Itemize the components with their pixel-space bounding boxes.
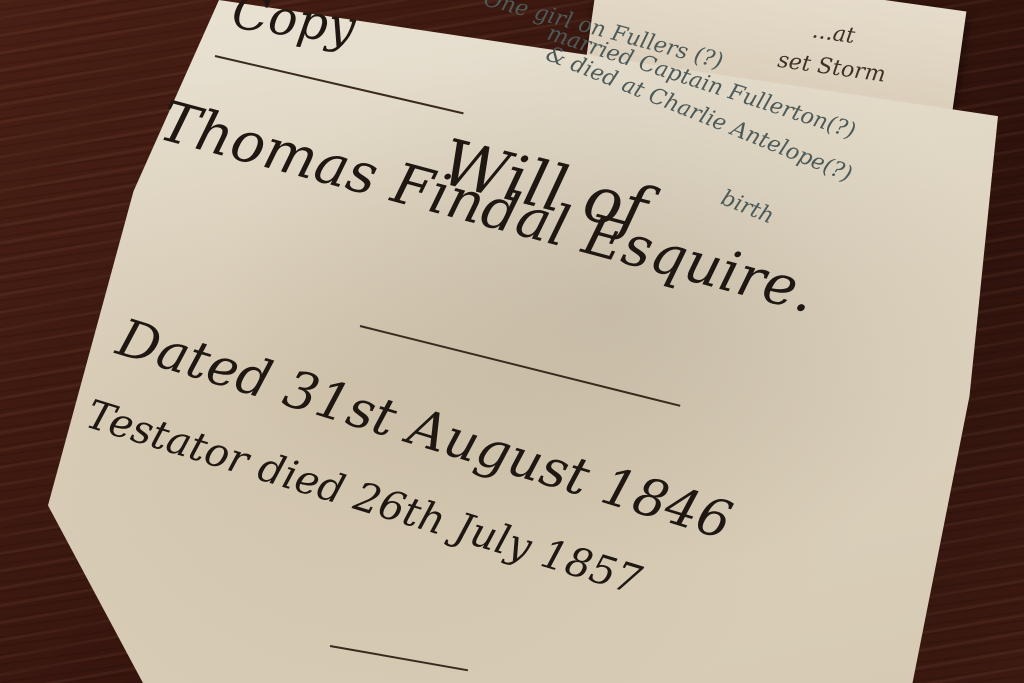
fragment-text-1: ...at	[810, 18, 856, 49]
fragment-text-2: set Storm	[776, 48, 887, 88]
